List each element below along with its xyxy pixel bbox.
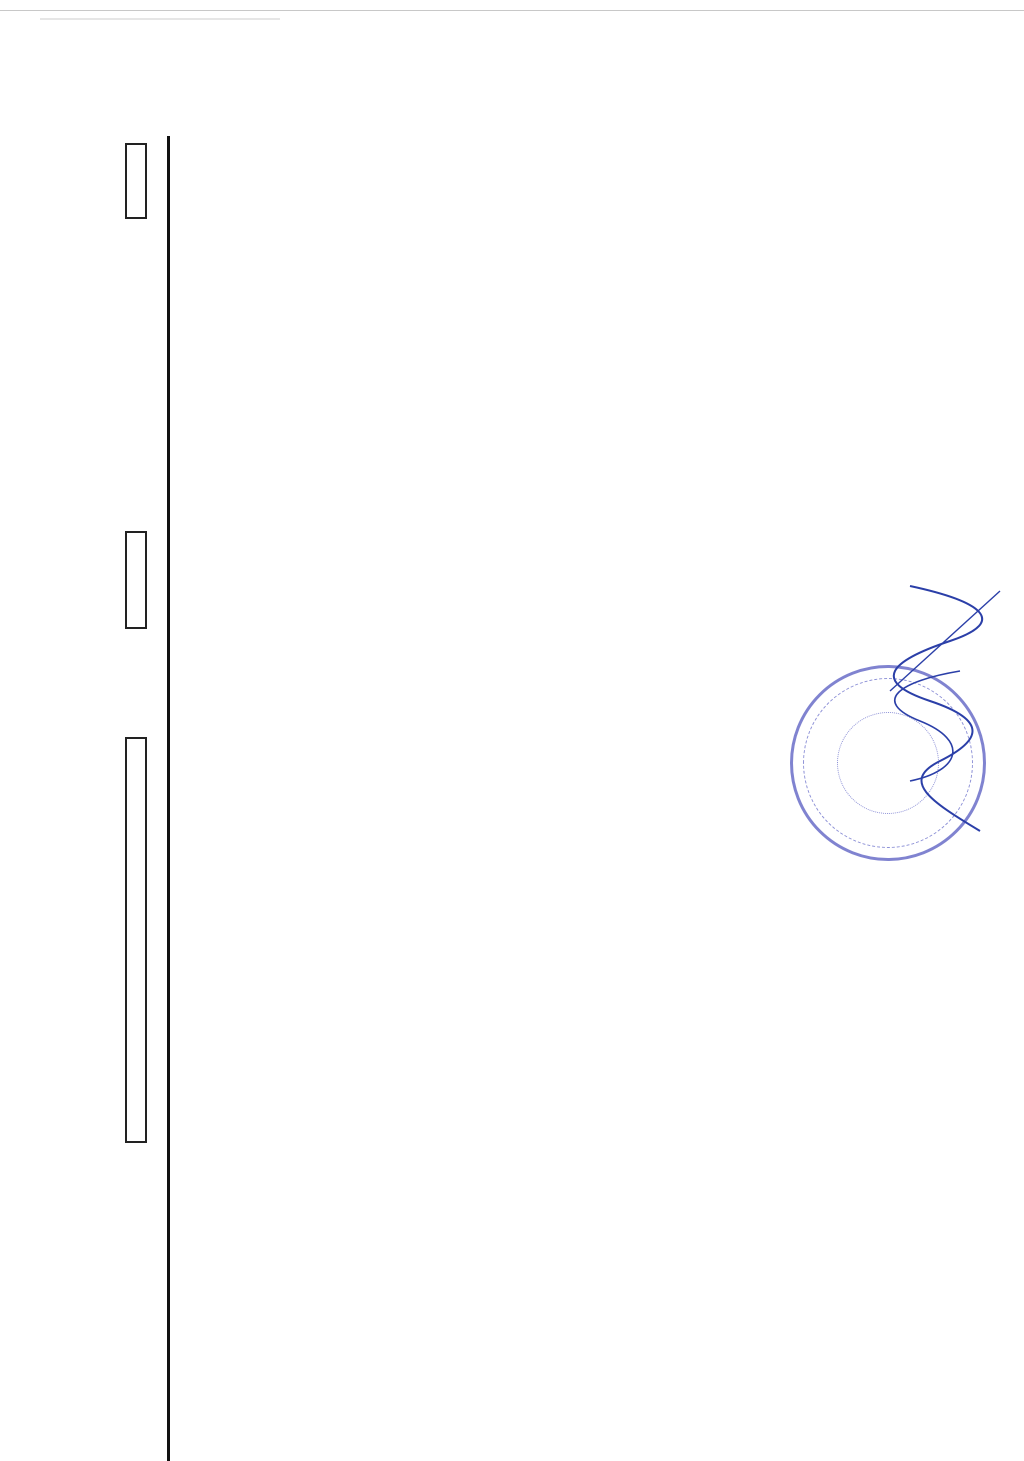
school-field	[125, 737, 147, 1143]
menu-document-page	[0, 0, 1024, 1461]
handwritten-signature-icon	[870, 581, 1010, 841]
role-nurse	[964, 921, 987, 1021]
date-field	[125, 143, 147, 219]
dept-field	[125, 531, 147, 629]
role-director	[918, 921, 941, 1021]
signature-roles	[918, 921, 987, 1021]
role-cook	[941, 921, 964, 1021]
menu-table	[167, 136, 170, 1461]
